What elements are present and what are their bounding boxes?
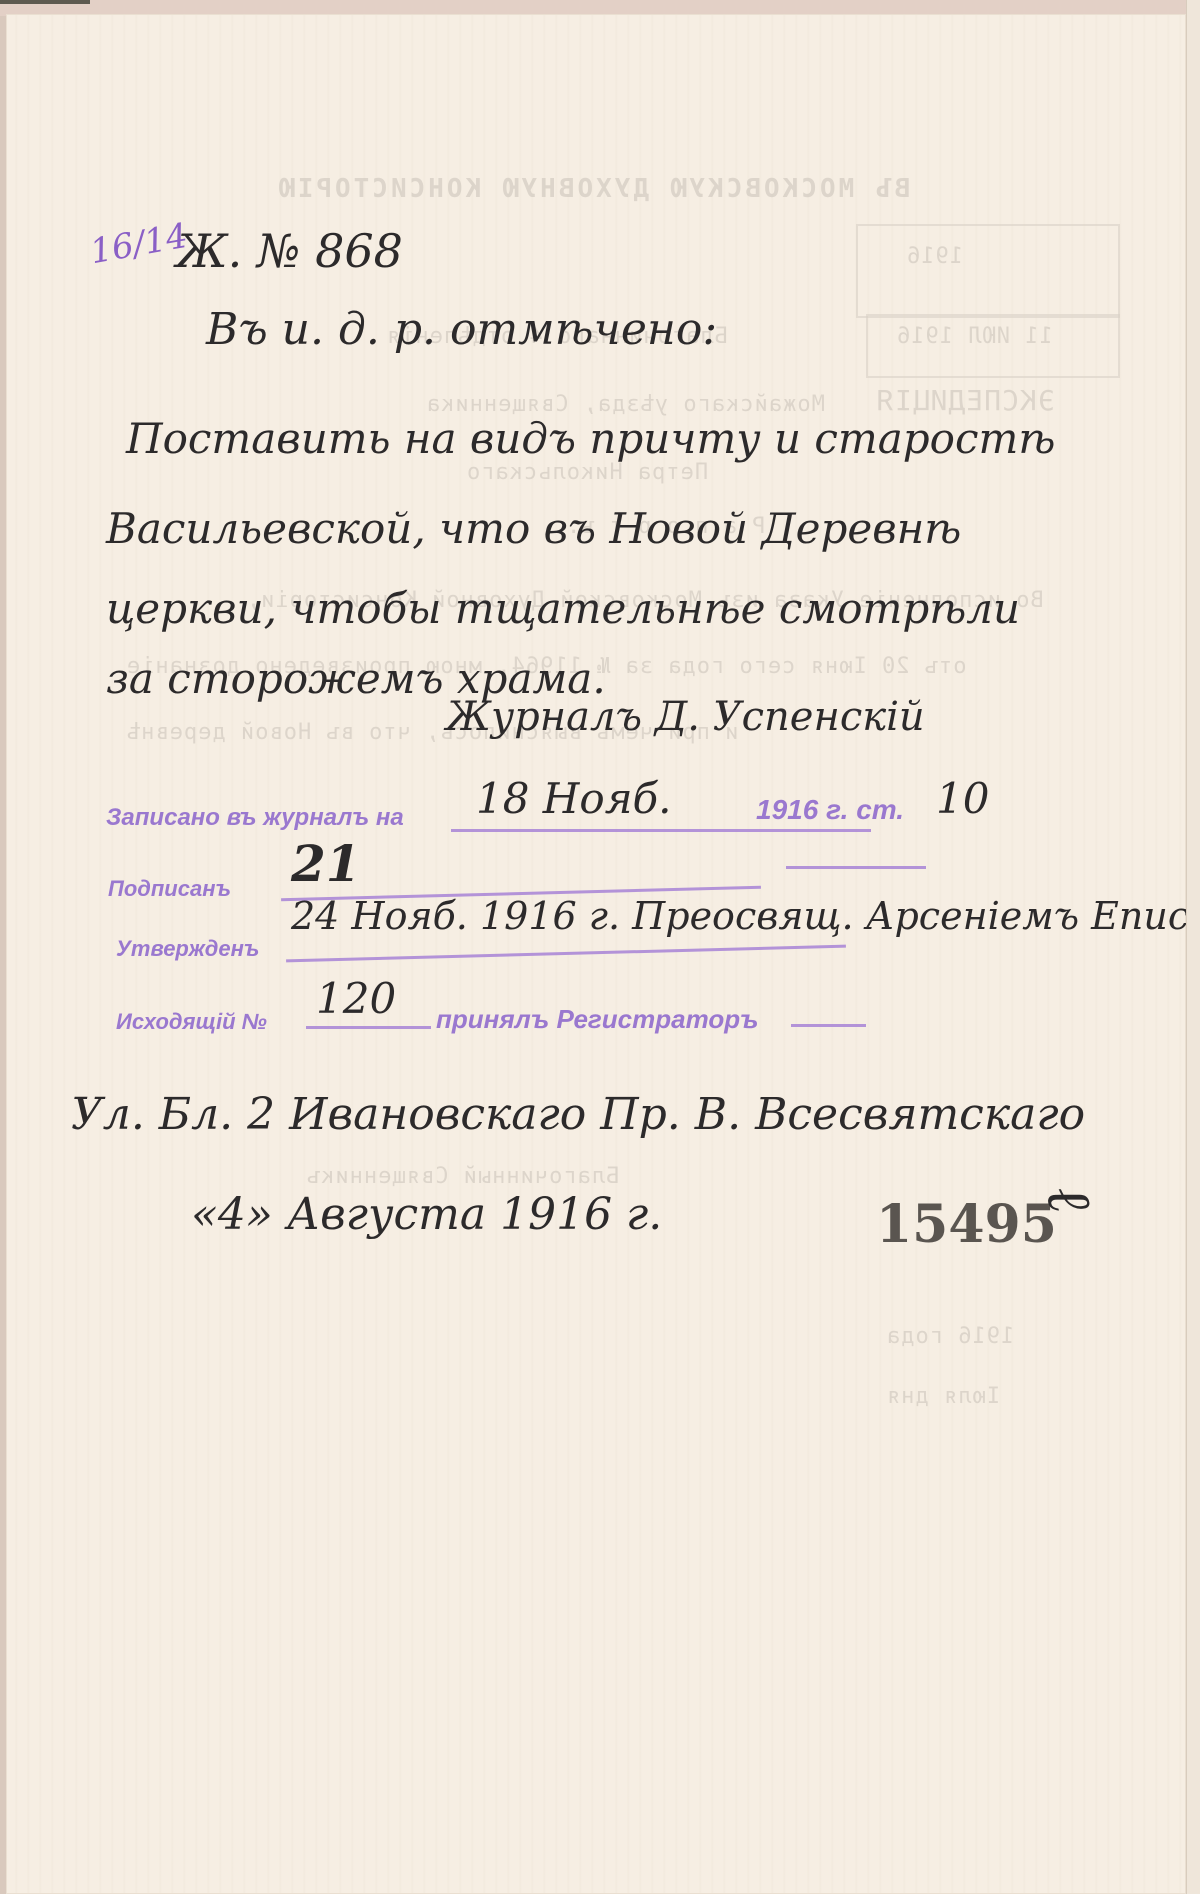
signature: Журналъ Д. Успенскій: [446, 694, 925, 740]
bleed-stamp-text: ЭКСПЕДИЦІЯ: [876, 384, 1055, 417]
bleed-through-line: Іюля дня: [886, 1384, 1000, 1409]
journal-stamp-line: [451, 829, 871, 832]
journal-reference: Ж. № 868: [176, 224, 403, 278]
bleed-stamp-box: [856, 224, 1120, 318]
date-line: «4» Августа 1916 г.: [191, 1189, 662, 1240]
outgoing-stamp-label: Исходящій №: [116, 1009, 267, 1035]
bleed-through-line: Петра Никольскаго: [466, 460, 708, 485]
bleed-through-line: Благочинный Священникъ: [306, 1164, 619, 1189]
registrar-stamp: принялъ Регистраторъ: [436, 1004, 759, 1035]
outgoing-number: 120: [316, 974, 396, 1023]
scan-right-edge: [1186, 0, 1200, 1894]
signed-value: 21: [291, 834, 361, 893]
journal-stamp-label: Записано въ журналъ на: [106, 804, 404, 832]
body-line: Васильевской, что въ Новой Деревнѣ: [106, 504, 961, 553]
approved-value: 24 Нояб. 1916 г. Преосвящ. Арсеніемъ Епи…: [291, 894, 1200, 938]
signed-stamp-line-2: [786, 866, 926, 869]
bleed-through-header: ВЪ МОСКОВСКУЮ ДУХОВНУЮ КОНСИСТОРІЮ: [276, 174, 910, 204]
approved-stamp-line: [286, 945, 846, 963]
outgoing-stamp-line: [306, 1026, 431, 1029]
journal-article-number: 10: [936, 774, 989, 823]
approved-stamp-label: Утвержденъ: [116, 936, 259, 962]
bleed-stamp-text: 11 ИЮЛ 1916: [896, 324, 1053, 349]
bleed-stamp-text: 1916: [906, 244, 963, 269]
signed-stamp-label: Подписанъ: [108, 876, 231, 902]
body-line: церкви, чтобы тщательнѣе смотрѣли: [106, 584, 1020, 633]
bleed-through-line: 1916 года: [886, 1324, 1014, 1349]
archival-page: ВЪ МОСКОВСКУЮ ДУХОВНУЮ КОНСИСТОРІЮ Благо…: [6, 14, 1186, 1894]
journal-date: 18 Нояб.: [476, 774, 672, 823]
registrar-stamp-line: [791, 1024, 866, 1027]
resolution-intro: Въ и. д. р. отмѣчено:: [206, 304, 717, 355]
initials-flourish: ℓ: [1032, 1181, 1105, 1218]
addressee-line: Ул. Бл. 2 Ивановскаго Пр. В. Всесвятскаг…: [71, 1089, 1085, 1140]
journal-year-stamp: 1916 г. ст.: [756, 794, 904, 826]
registration-number-stamp: 15495: [876, 1194, 1057, 1255]
body-line: Поставить на видъ причту и старостѣ: [126, 414, 1055, 463]
scan-corner-mark: [0, 0, 90, 4]
